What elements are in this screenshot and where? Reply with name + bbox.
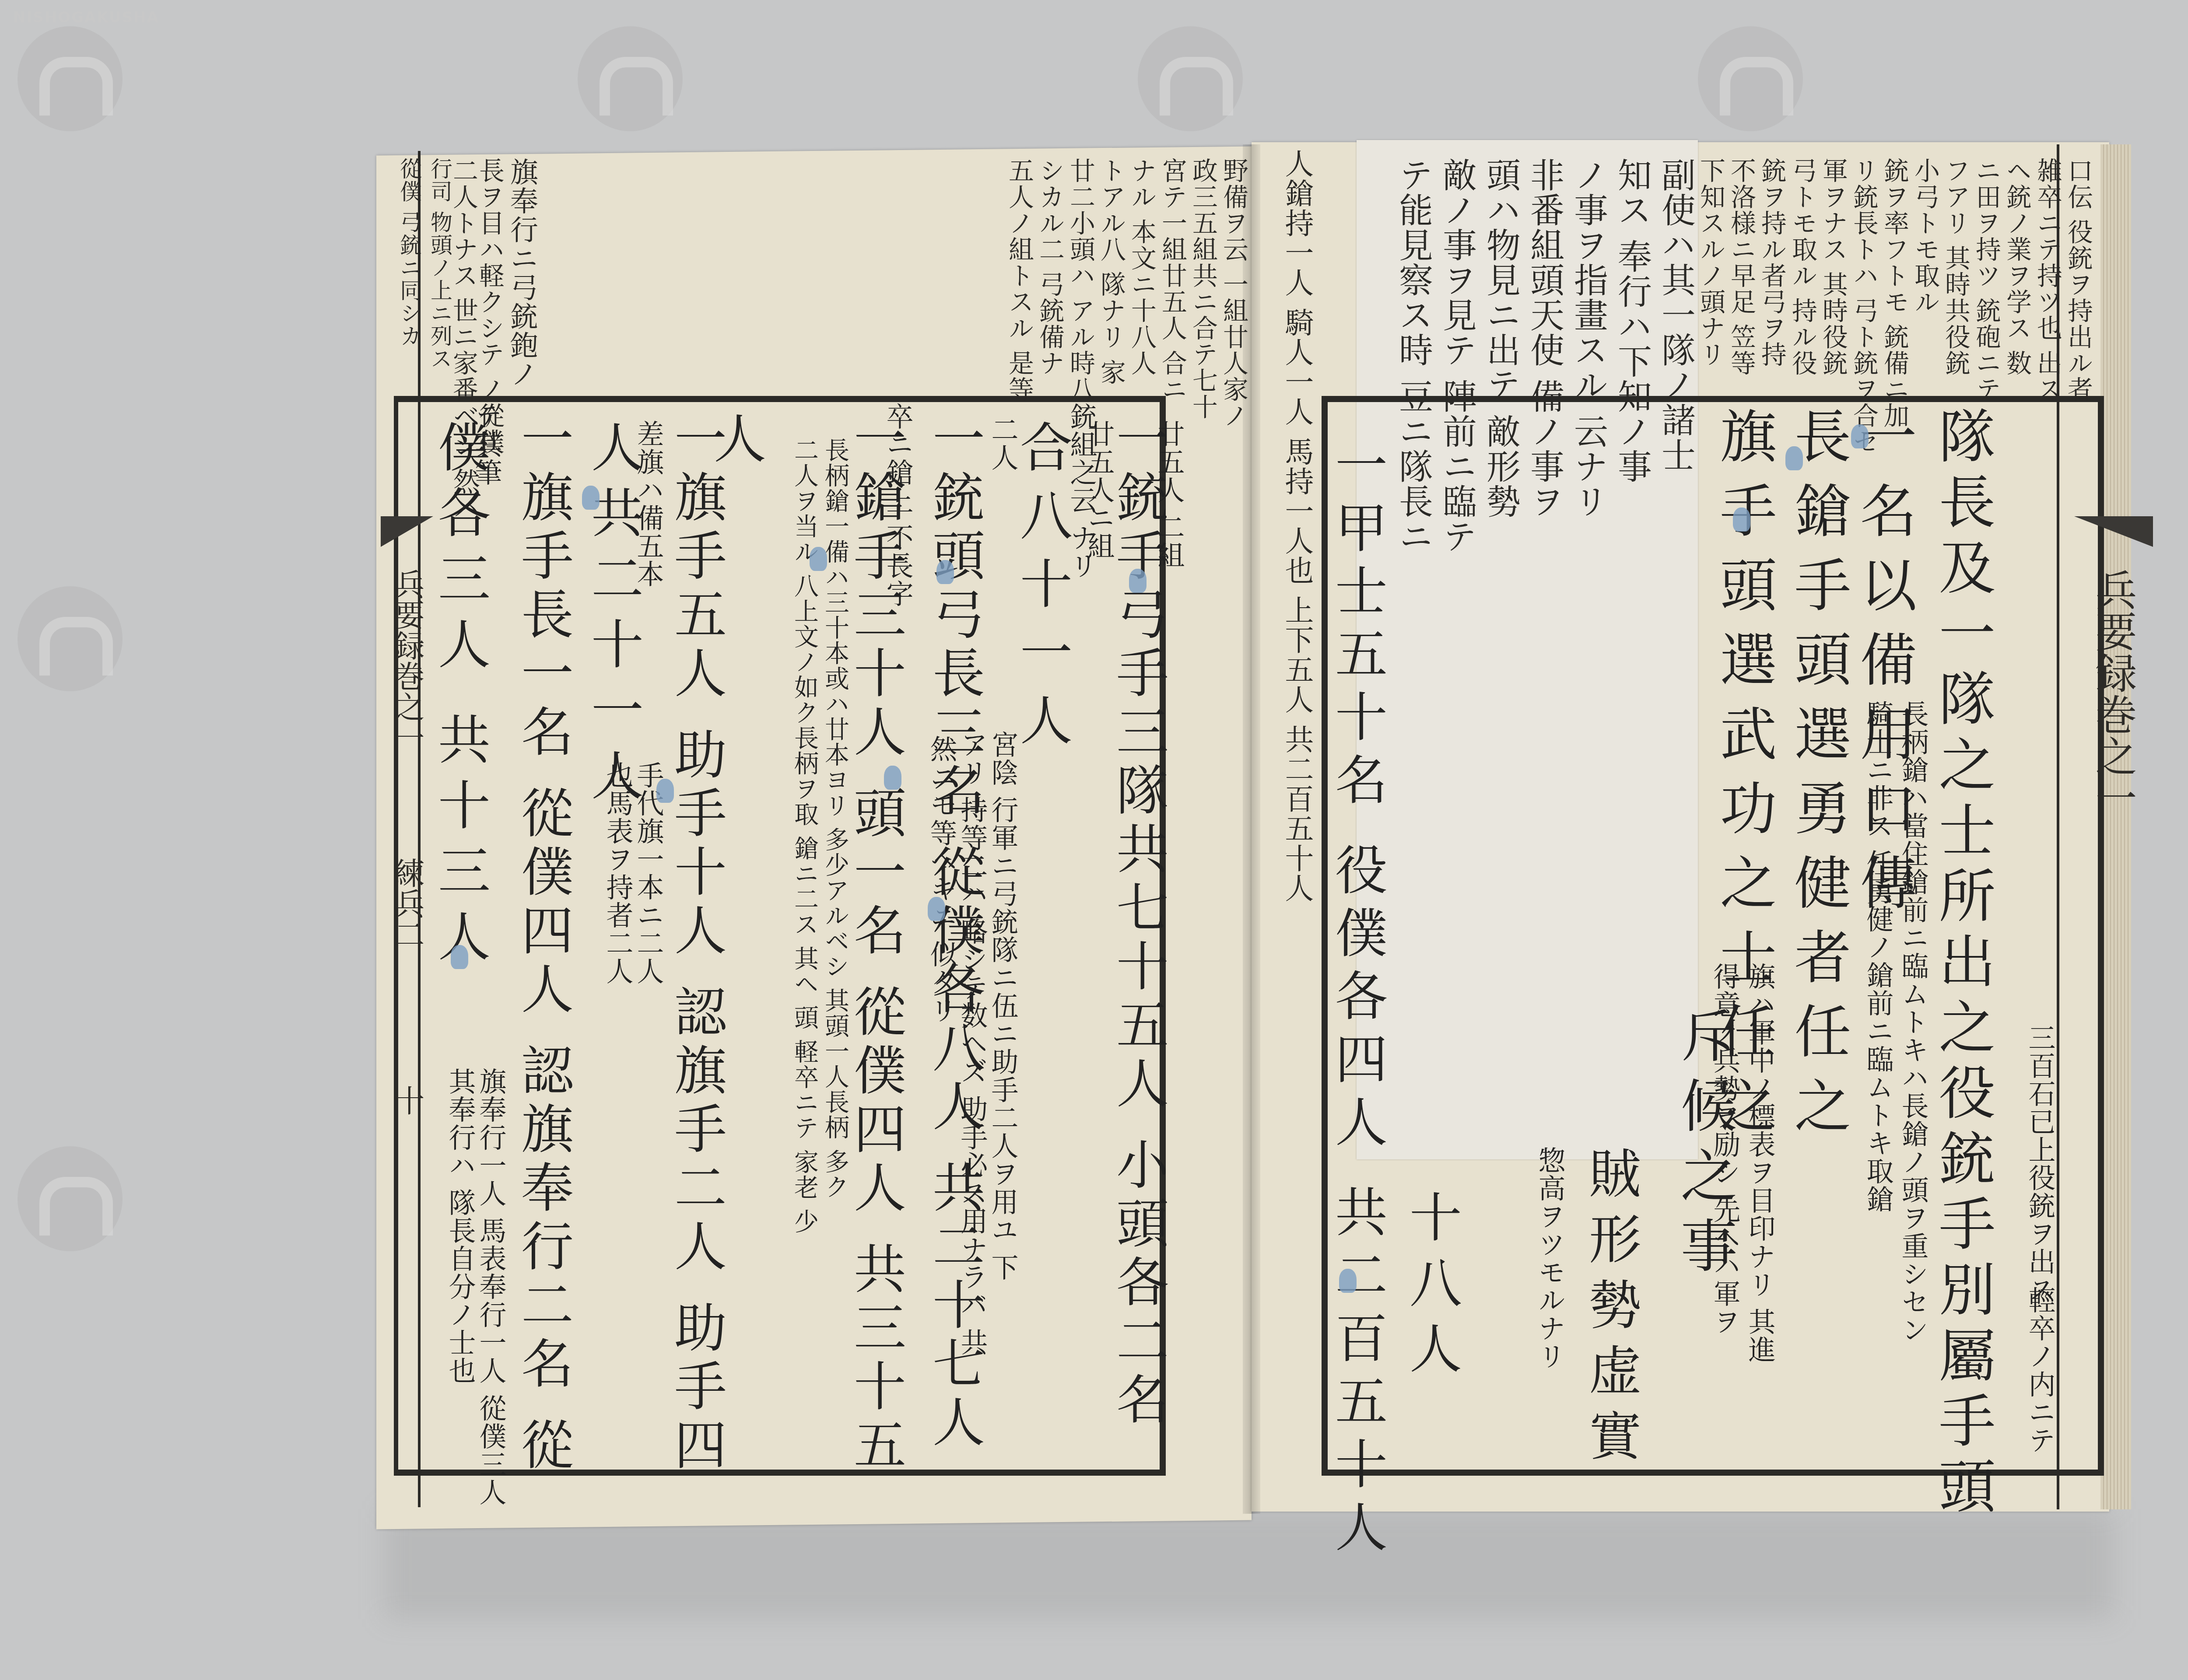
blue-punctuation-mark bbox=[1785, 446, 1803, 470]
head-note: 旗奉行ニ弓銃鉋ノ bbox=[508, 157, 536, 388]
blue-punctuation-mark bbox=[810, 547, 827, 571]
interlinear-note: 惣高ヲツモルナリ bbox=[1536, 1146, 1563, 1370]
head-note: 下知スルノ頭ナリ bbox=[1698, 157, 1723, 367]
interlinear-note: 得意ノ兵勢ヲ励シ 先ヘハ軍ヲ bbox=[1711, 962, 1738, 1336]
outer-margin-note: 人鎗持一人 騎人一人 馬持一人也 上下五人 共二百五十人 bbox=[1282, 149, 1311, 903]
head-note: 口伝 役銃ヲ持出ル者 bbox=[2065, 157, 2091, 402]
fishtail-mark-icon bbox=[381, 516, 433, 547]
head-note: フアリ 其時共役銃 bbox=[1943, 157, 1968, 376]
blue-punctuation-mark bbox=[1733, 507, 1750, 532]
interlinear-note: 銃組之云 ナリ bbox=[1068, 402, 1095, 580]
interlinear-note: 卒ニ鎗上 不長字 bbox=[884, 402, 911, 608]
interlinear-note: 騎士ニ非ス 任勇健ノ鎗前ニ臨ムトキ取鎗 bbox=[1864, 700, 1891, 1214]
slip-note: 敵ノ事ヲ見テ 陣前ニ臨テ bbox=[1440, 157, 1474, 554]
head-note: 銃ヲ率フトモ 銃備ニ加 bbox=[1882, 157, 1907, 429]
head-note: シカル二 弓銃備ナ bbox=[1037, 157, 1062, 376]
head-note: 五人ノ組トスル 是等 bbox=[1006, 157, 1032, 402]
interlinear-note: 旗奉行一人 馬表奉行一人 從僕三人 bbox=[477, 1067, 504, 1506]
blue-punctuation-mark bbox=[582, 486, 600, 510]
head-note: 政三五組共ニ合テ七十 bbox=[1190, 157, 1216, 420]
head-note: 雑卒ニテ持ツ也 出ス bbox=[2035, 157, 2060, 402]
watermark-logo-icon bbox=[1698, 26, 1803, 131]
left-fore-edge-page: 十 bbox=[385, 1085, 429, 1116]
lower-column: 十八人 bbox=[1405, 1190, 1457, 1387]
head-note: 不洛様ニ早足 笠等 bbox=[1729, 157, 1754, 376]
left-fore-edge-section: 練兵二 bbox=[385, 857, 429, 949]
watermark-text: NISHOGAKUSHA bbox=[13, 9, 159, 26]
slip-note: 非番組頭天使 備ノ事ヲ bbox=[1527, 157, 1561, 519]
head-note: ナル 本文ニ十八人 bbox=[1129, 157, 1154, 376]
head-note: 從僕 弓銃ニ同シカ bbox=[398, 157, 420, 347]
head-note: 銃ヲ持ル者弓ヲ持 bbox=[1759, 157, 1785, 367]
head-note: ヘ銃ノ業ヲ学ス 数 bbox=[2004, 157, 2030, 376]
main-column: 一旗手長一名 從僕四人 認旗奉行二名 從 bbox=[516, 411, 569, 1476]
blue-punctuation-mark bbox=[1129, 569, 1147, 593]
page-stack-edge bbox=[2100, 144, 2131, 1509]
lower-column: 一甲士五十名 役僕各四人 共二百五十人 bbox=[1330, 437, 1383, 1563]
main-column: 合八十一人 bbox=[1015, 420, 1068, 761]
slip-note: 知ス 奉行ハ下知ノ事 bbox=[1615, 157, 1649, 484]
right-fore-edge-title: 兵要録巻之一 bbox=[2083, 569, 2142, 818]
interlinear-note: 二人 bbox=[989, 416, 1016, 472]
main-column: 一旗手五人 助手十人 認旗手二人 助手四 bbox=[670, 411, 722, 1476]
main-column: 隊長及一隊之士所出之役銃手別屬手頭 bbox=[1934, 407, 1991, 1522]
head-note: 廿二小頭ハ アル時八 bbox=[1068, 157, 1093, 402]
main-column: 長鎗手頭選勇健者任之 bbox=[1790, 407, 1847, 1151]
interlinear-note: ベシ 然ハ bbox=[451, 402, 478, 524]
interlinear-note: 旗ハ軍中ノ標表ヲ目印ナリ 其進 bbox=[1746, 962, 1773, 1364]
interlinear-note: 長柄鎗ハ當住鎗前ニ臨ムトキハ長鎗ノ頭ヲ重シセン bbox=[1899, 700, 1926, 1344]
watermark-logo-icon bbox=[18, 1146, 123, 1251]
head-note: 軍ヲナス 其時役銃 bbox=[1820, 157, 1846, 376]
watermark-logo-icon bbox=[18, 586, 123, 691]
left-inner-rule bbox=[418, 151, 421, 1507]
interlinear-note: 其奉行ハ 隊長自分ノ士也 bbox=[446, 1067, 473, 1385]
watermark-logo-icon bbox=[1138, 26, 1243, 131]
blue-punctuation-mark bbox=[884, 766, 901, 790]
interlinear-note: アリ 持等二ハ 略シテ数ヘズ 助手必ス用ナラバ 共 bbox=[958, 731, 985, 1357]
watermark-logo-icon bbox=[18, 26, 123, 131]
blue-punctuation-mark bbox=[1339, 1269, 1357, 1293]
main-column: 人共二十一人 bbox=[586, 420, 639, 814]
interlinear-note: 宮陰 行軍ニ弓銃隊ニ伍ニ助手二人ヲ用ユ 下 bbox=[989, 731, 1016, 1281]
interlinear-note: 三百石已上役銃ヲ出ス bbox=[2026, 1024, 2053, 1304]
blue-punctuation-mark bbox=[656, 779, 674, 803]
head-note: 小弓トモ取ル bbox=[1912, 157, 1938, 315]
interlinear-note: 差旗ハ備五本 bbox=[635, 420, 662, 588]
blue-punctuation-mark bbox=[1851, 424, 1869, 448]
head-note: 宮テ一組廿五人 合ニ bbox=[1160, 157, 1185, 402]
head-note: 弓トモ取ル 持ル役 bbox=[1790, 157, 1815, 376]
interlinear-note: 也馬表ヲ持者二人 bbox=[604, 761, 631, 985]
left-fore-edge-title: 兵要録巻之一 bbox=[385, 569, 429, 752]
head-note: 野備ヲ云 一組廿人家ノ bbox=[1221, 157, 1246, 429]
head-note: トアル八 隊ナリ 家 bbox=[1098, 157, 1124, 385]
interlinear-note: 廿五人 二組 bbox=[1155, 420, 1182, 570]
head-note: 行司 物頭ノ上ニ列ス bbox=[429, 157, 451, 370]
blue-punctuation-mark bbox=[451, 945, 468, 969]
interlinear-note: 輕卒ノ内ニテ bbox=[2026, 1286, 2053, 1454]
slip-note: ノ事ヲ指畫スル 云ナリ bbox=[1571, 157, 1605, 519]
interlinear-note: 長柄鎗一備ハ三十本或ハ廿本ヨリ 多少アルベシ 其頭一人長柄 多ク bbox=[823, 437, 847, 1199]
blue-punctuation-mark bbox=[928, 897, 945, 921]
watermark-logo-icon bbox=[578, 26, 683, 131]
slip-note: 副使ハ其一隊ノ諸士 bbox=[1659, 157, 1693, 472]
blue-punctuation-mark bbox=[936, 560, 954, 584]
head-note: 二人トナス 世ニ家番 bbox=[451, 157, 476, 402]
interlinear-note: 然ニモ等ヘキニ 似タリ bbox=[928, 735, 955, 1025]
slip-note: 頭ハ物見ニ出テ 敵形勢 bbox=[1483, 157, 1518, 519]
slip-note: テ能見察ス時 豆ニ隊長ニ bbox=[1396, 157, 1430, 554]
head-note: ニ田ヲ持ツ 銃砲ニテ bbox=[1974, 157, 1999, 402]
fishtail-mark-icon bbox=[2074, 516, 2153, 547]
main-column: 賊形勢虚實 bbox=[1584, 1146, 1637, 1474]
